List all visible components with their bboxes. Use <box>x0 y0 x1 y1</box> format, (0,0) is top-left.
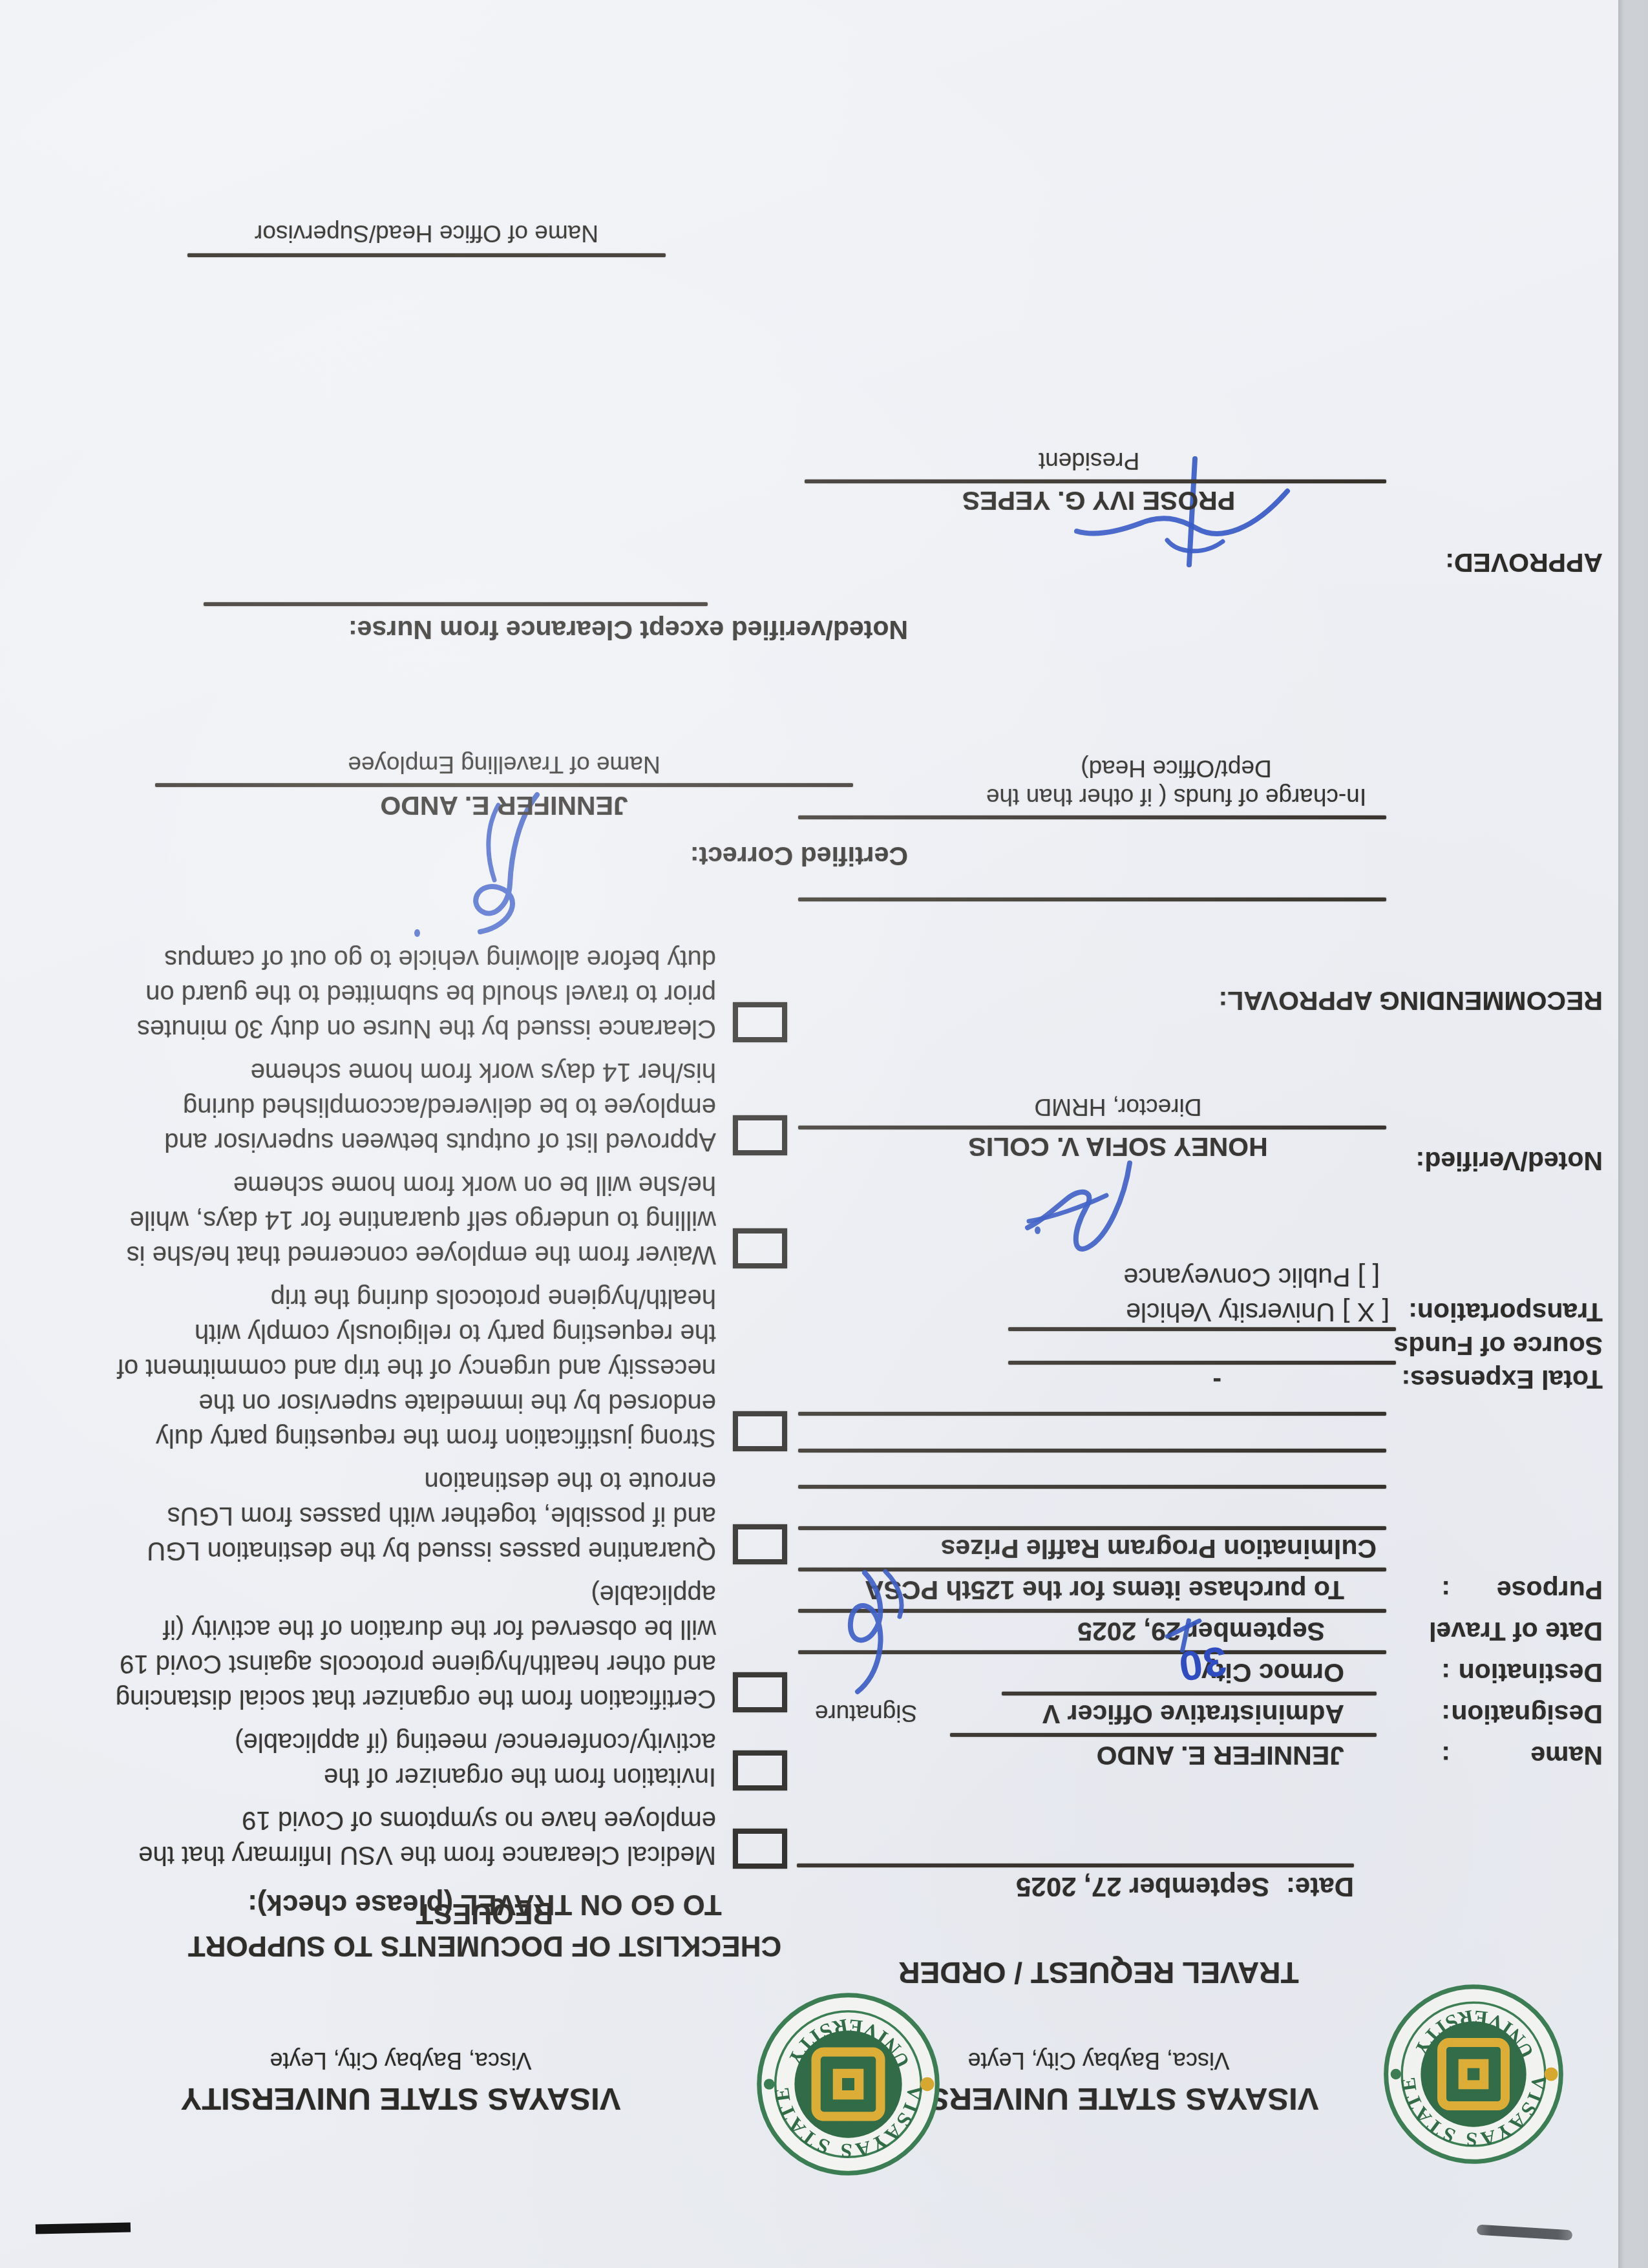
checklist-item-text: Invitation from the organizer of the act… <box>102 1725 716 1794</box>
checkbox-unchecked <box>733 1750 787 1790</box>
university-address-right: Visca, Baybay City, Leyte <box>45 2047 756 2074</box>
noted-by-name: HONEY SOFIA V. COLIS <box>850 1131 1386 1162</box>
field-value-name: JENNIFER E. ANDO <box>1097 1740 1344 1770</box>
noted-by-signature-ink <box>1015 1150 1144 1260</box>
ink-dot-2 <box>414 929 420 937</box>
field-label-name: Name <box>1530 1740 1603 1770</box>
date-value: September 27, 2025 <box>1016 1872 1269 1902</box>
field-value-designation: Administrative Officer V <box>1042 1699 1344 1729</box>
field-label-date-of-travel: Date of Travel <box>1429 1616 1603 1646</box>
checklist-item-text: Certification from the organizer that so… <box>102 1577 716 1716</box>
university-name-right: VISAYAS STATE UNIVERSITY <box>45 2081 756 2117</box>
travel-form-date: Date: September 27, 2025 <box>1016 1871 1354 1902</box>
checklist-item-text: Approved list of outputs between supervi… <box>102 1055 716 1159</box>
recommending-approval-label: RECOMMENDING APPROVAL: <box>1219 985 1603 1016</box>
date-underline <box>797 1864 1354 1867</box>
approved-by-name: PROSE IVY G. YEPES <box>811 485 1386 516</box>
total-expenses-label: Total Expenses: <box>1402 1364 1603 1394</box>
incharge-signature-line <box>798 815 1386 819</box>
recommending-signature-line <box>798 898 1386 901</box>
checklist-item: Invitation from the organizer of the act… <box>102 1725 787 1794</box>
checklist-item-text: Strong justification from the requesting… <box>102 1281 716 1455</box>
university-seal-logo-2 <box>756 1992 940 2176</box>
noted-by-underline <box>798 1126 1386 1129</box>
purpose-blank-line-2 <box>798 1449 1386 1453</box>
employee-signature-ink <box>809 1564 919 1699</box>
checklist-item: Waiver from the employee concerned that … <box>102 1168 787 1272</box>
checklist-item-text: Quarantine passes issued by the destinat… <box>102 1464 716 1568</box>
checklist-item-text: Medical Clearance from the VSU Infirmary… <box>102 1803 716 1873</box>
checkbox-unchecked <box>733 1524 787 1564</box>
checklist-item-text: Clearance issued by the Nurse on duty 30… <box>102 941 716 1046</box>
designation-underline <box>1002 1692 1377 1696</box>
checklist-item: Strong justification from the requesting… <box>102 1281 787 1455</box>
university-seal-logo <box>1383 1984 1564 2165</box>
purpose-blank-line-3 <box>798 1412 1386 1416</box>
checklist-items: Medical Clearance from the VSU Infirmary… <box>102 941 787 1873</box>
field-colon: : <box>1441 1740 1450 1770</box>
noted-verified-label: Noted/Verified: <box>1416 1146 1603 1176</box>
certified-underline <box>155 783 853 787</box>
purpose-underline-2 <box>798 1526 1386 1530</box>
upside-down-scanned-sheet: VISAYAS STATE UNIVERSITY Visca, Baybay C… <box>0 0 1648 2268</box>
scanned-document-page: VISAYAS STATE UNIVERSITY VISAYAS STATE U… <box>0 0 1648 2268</box>
checkbox-unchecked <box>733 1672 787 1712</box>
field-colon: : <box>1441 1657 1450 1688</box>
date-label: Date: <box>1286 1872 1354 1902</box>
approved-by-title: President <box>792 447 1386 474</box>
checkbox-unchecked <box>733 1002 787 1042</box>
head-supervisor-line <box>187 253 666 257</box>
purpose-value-line2: Culmination Program Raffle Prizes <box>941 1533 1377 1564</box>
checkbox-unchecked <box>733 1411 787 1451</box>
checkbox-unchecked <box>733 1829 787 1869</box>
source-of-funds-label: Source of Funds <box>1394 1330 1603 1361</box>
checklist-item: Clearance issued by the Nurse on duty 30… <box>102 941 787 1046</box>
checklist-item: Medical Clearance from the VSU Infirmary… <box>102 1803 787 1873</box>
checklist-item: Quarantine passes issued by the destinat… <box>102 1464 787 1568</box>
ink-dot <box>1035 1226 1041 1234</box>
checklist-item: Approved list of outputs between supervi… <box>102 1055 787 1159</box>
total-expenses-underline <box>1008 1361 1396 1365</box>
source-of-funds-underline <box>1008 1327 1396 1331</box>
name-underline <box>950 1733 1377 1737</box>
field-label-destination: Destination <box>1459 1657 1603 1688</box>
noted-by-title: Director, HRMD <box>850 1093 1386 1120</box>
checklist-title-line2: TO GO ON TRAVEL (please check): <box>116 1888 853 1920</box>
total-expenses-value: - <box>1212 1367 1221 1397</box>
incharge-label-line1: In-charge of funds ( if other than the <box>976 783 1377 810</box>
certified-title: Name of Travelling Employee <box>155 751 853 778</box>
checklist-item: Certification from the organizer that so… <box>102 1577 787 1716</box>
field-value-purpose: To purchase items for the 125th PCSA <box>865 1575 1344 1605</box>
approved-by-underline <box>805 479 1386 483</box>
checklist-item-text: Waiver from the employee concerned that … <box>102 1168 716 1272</box>
noted-except-label: Noted/verified except Clearance from Nur… <box>348 614 908 645</box>
certified-correct-label: Certified Correct: <box>690 841 908 871</box>
approved-label: APPROVED: <box>1445 547 1603 578</box>
field-colon: : <box>1441 1575 1450 1605</box>
field-label-purpose: Purpose <box>1497 1575 1603 1605</box>
checkbox-unchecked <box>733 1228 787 1268</box>
checkbox-unchecked <box>733 1115 787 1155</box>
transport-option-university-vehicle: [ X ] University Vehicle <box>1126 1297 1389 1327</box>
incharge-label-line2: Dept/Office Head) <box>976 755 1377 782</box>
noted-except-underline <box>204 602 708 606</box>
certified-name: JENNIFER E. ANDO <box>155 790 853 821</box>
signature-label: Signature <box>795 1699 937 1727</box>
purpose-blank-line-1 <box>798 1485 1386 1489</box>
field-colon: : <box>1441 1699 1450 1729</box>
scanner-edge-band <box>1618 0 1648 2268</box>
field-colon: : <box>1441 1616 1450 1646</box>
transport-option-public-conveyance: [ ] Public Conveyance <box>1123 1262 1380 1292</box>
transportation-label: Transportation: <box>1408 1297 1603 1327</box>
field-label-designation: Designation <box>1451 1699 1603 1729</box>
scan-edge-black-mark <box>36 2222 131 2234</box>
head-supervisor-label: Name of Office Head/Supervisor <box>123 220 730 247</box>
